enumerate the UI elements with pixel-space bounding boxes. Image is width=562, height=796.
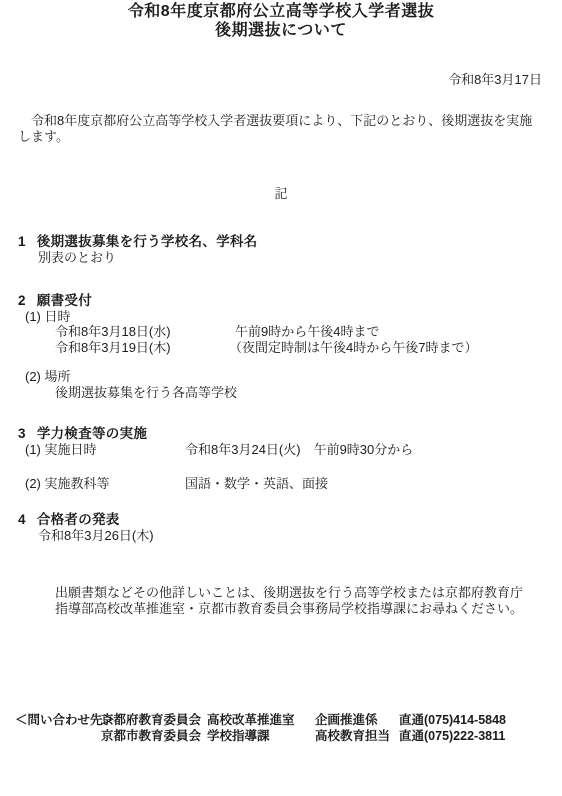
contact-row1-org: 京都府教育委員会 xyxy=(101,712,207,728)
document-title-line2: 後期選抜について xyxy=(0,21,562,40)
section4-heading: 4 合格者の発表 xyxy=(18,512,120,528)
section1-number: 1 xyxy=(18,234,26,250)
contact-label-spacer xyxy=(15,728,101,744)
section2-item2-label: (2) 場所 xyxy=(25,369,71,385)
section3-item1-value: 令和8年3月24日(火) 午前9時30分から xyxy=(185,442,413,458)
contact-row2-dept: 学校指導課 xyxy=(207,728,315,744)
section2-row1-date: 令和8年3月18日(水) xyxy=(55,324,171,340)
section4-heading-text: 合格者の発表 xyxy=(37,512,120,528)
section3-number: 3 xyxy=(18,426,26,442)
issue-date: 令和8年3月17日 xyxy=(448,72,542,88)
section2-item1-label: (1) 日時 xyxy=(25,309,71,325)
section2-heading-text: 願書受付 xyxy=(37,293,92,309)
section1-heading: 1 後期選抜募集を行う学校名、学科名 xyxy=(18,234,258,250)
section1-heading-text: 後期選抜募集を行う学校名、学科名 xyxy=(37,234,258,250)
contact-row1-phone: 直通(075)414-5848 xyxy=(399,712,506,728)
section2-row1-time: 午前9時から午後4時まで xyxy=(235,324,379,340)
section1-body: 別表のとおり xyxy=(38,250,116,266)
section3-heading-text: 学力検査等の実施 xyxy=(37,426,147,442)
contact-row2-section: 高校教育担当 xyxy=(315,728,399,744)
section3-heading: 3 学力検査等の実施 xyxy=(18,426,147,442)
section3-item2-label: (2) 実施教科等 xyxy=(25,476,110,492)
closing-note-line1: 出願書類などその他詳しいことは、後期選抜を行う高等学校または京都府教育庁 xyxy=(55,585,523,601)
section2-row2-date: 令和8年3月19日(木) xyxy=(55,340,171,356)
intro-paragraph-line1: 令和8年度京都府公立高等学校入学者選抜要項により、下記のとおり、後期選抜を実施 xyxy=(18,113,532,129)
section2-heading: 2 願書受付 xyxy=(18,293,92,309)
document-title-line1: 令和8年度京都府公立高等学校入学者選抜 xyxy=(0,2,562,21)
contact-row2-org: 京都市教育委員会 xyxy=(101,728,207,744)
contact-row1-section: 企画推進係 xyxy=(315,712,399,728)
contact-row1-dept: 高校改革推進室 xyxy=(207,712,315,728)
contact-block: ＜問い合わせ先＞ 京都府教育委員会 高校改革推進室 企画推進係 直通(075)4… xyxy=(15,712,506,744)
section3-item2-value: 国語・数学・英語、面接 xyxy=(185,476,328,492)
section2-number: 2 xyxy=(18,293,26,309)
section4-number: 4 xyxy=(18,512,26,528)
section2-row2-time: （夜間定時制は午後4時から午後7時まで） xyxy=(229,340,477,356)
contact-row2-phone: 直通(075)222-3811 xyxy=(399,728,506,744)
section3-item1-label: (1) 実施日時 xyxy=(25,442,97,458)
closing-note-line2: 指導部高校改革推進室・京都市教育委員会事務局学校指導課にお尋ねください。 xyxy=(55,601,523,617)
notice-document-page: 令和8年度京都府公立高等学校入学者選抜 後期選抜について 令和8年3月17日 令… xyxy=(0,0,562,796)
intro-paragraph-line2: します。 xyxy=(18,129,69,145)
section2-item2-body: 後期選抜募集を行う各高等学校 xyxy=(55,385,237,401)
record-mark: 記 xyxy=(0,186,562,202)
section4-body: 令和8年3月26日(木) xyxy=(38,528,154,544)
contact-label: ＜問い合わせ先＞ xyxy=(15,712,101,728)
